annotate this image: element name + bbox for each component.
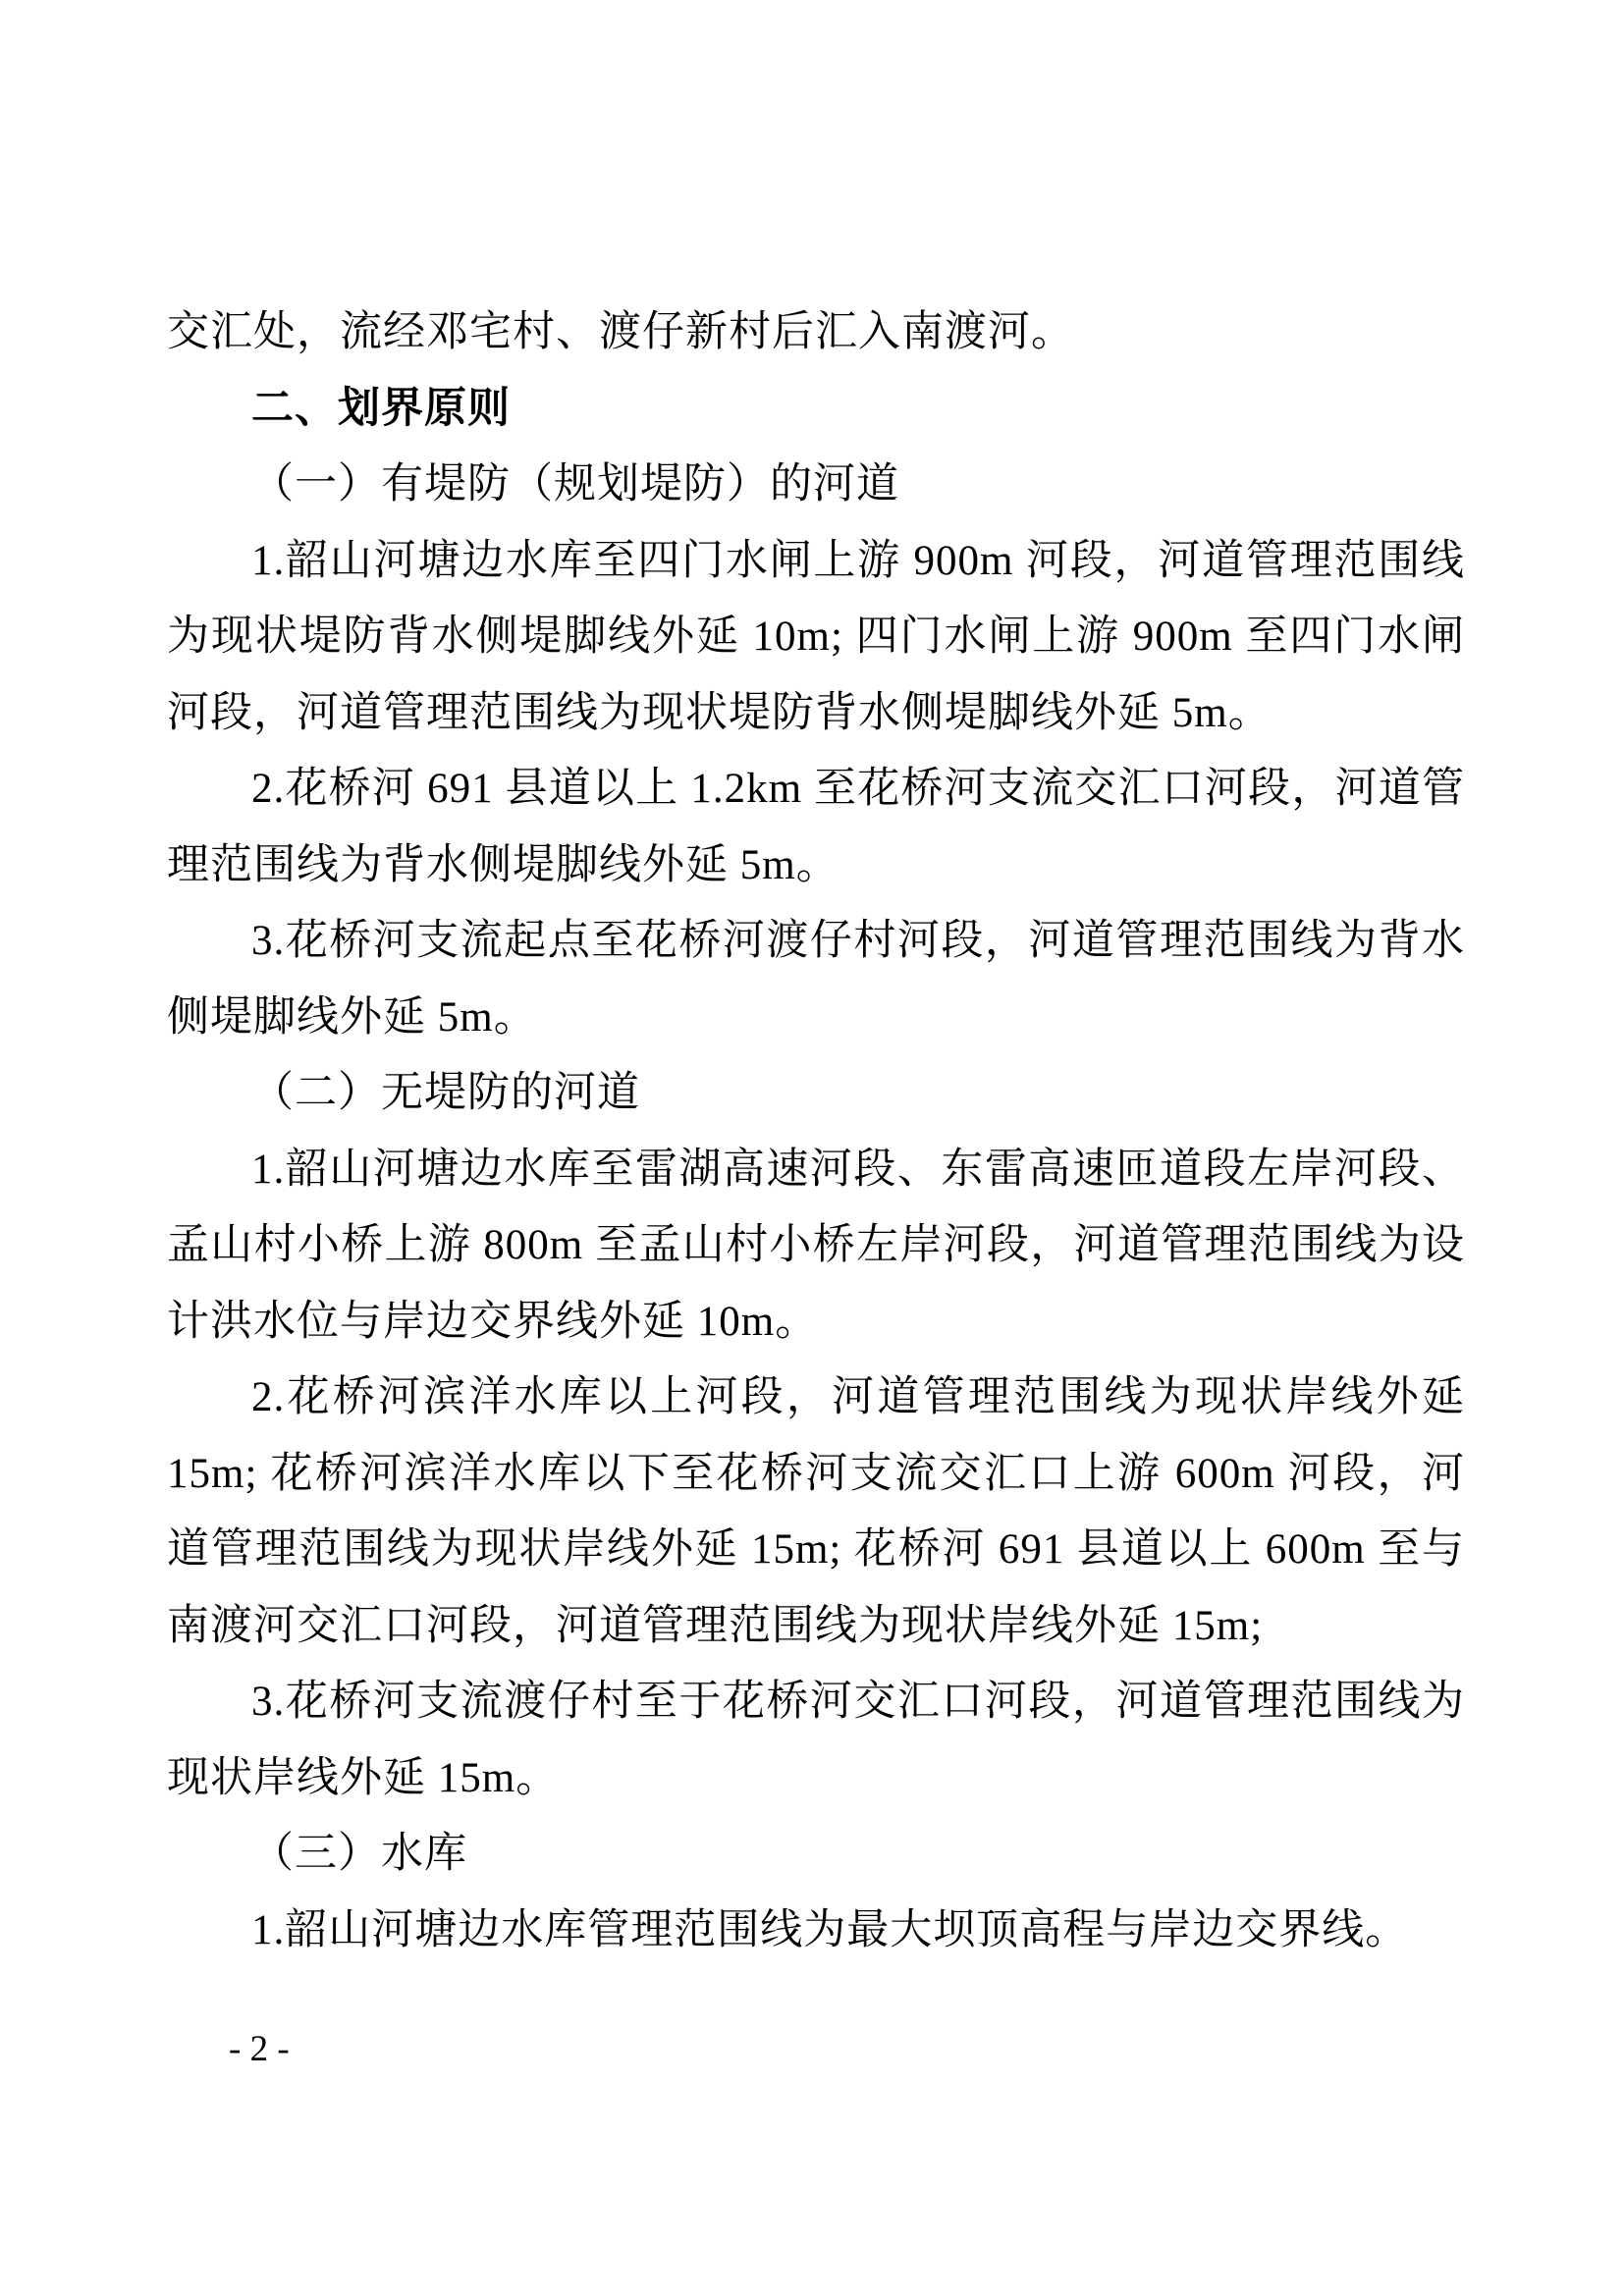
body-paragraph-2-2: 2.花桥河滨洋水库以上河段，河道管理范围线为现状岸线外延 15m; 花桥河滨洋水…	[167, 1360, 1465, 1664]
section-heading-delineation-principles: 二、划界原则	[167, 371, 1465, 448]
subsection-heading-3-reservoirs: （三）水库	[167, 1816, 1465, 1893]
body-paragraph-2-3: 3.花桥河支流渡仔村至于花桥河交汇口河段，河道管理范围线为现状岸线外延 15m。	[167, 1664, 1465, 1816]
paragraph-continuation: 交汇处，流经邓宅村、渡仔新村后汇入南渡河。	[167, 294, 1465, 371]
subsection-heading-2-undiked-rivers: （二）无堤防的河道	[167, 1055, 1465, 1132]
body-paragraph-1-2: 2.花桥河 691 县道以上 1.2km 至花桥河支流交汇口河段，河道管理范围线…	[167, 751, 1465, 903]
body-paragraph-3-1: 1.韶山河塘边水库管理范围线为最大坝顶高程与岸边交界线。	[167, 1893, 1465, 1969]
subsection-heading-1-diked-rivers: （一）有堤防（规划堤防）的河道	[167, 447, 1465, 523]
body-paragraph-1-3: 3.花桥河支流起点至花桥河渡仔村河段，河道管理范围线为背水侧堤脚线外延 5m。	[167, 903, 1465, 1055]
body-paragraph-1-1: 1.韶山河塘边水库至四门水闸上游 900m 河段，河道管理范围线为现状堤防背水侧…	[167, 523, 1465, 752]
document-body: 交汇处，流经邓宅村、渡仔新村后汇入南渡河。 二、划界原则 （一）有堤防（规划堤防…	[167, 294, 1465, 1968]
page-number: - 2 -	[229, 2028, 290, 2071]
body-paragraph-2-1: 1.韶山河塘边水库至雷湖高速河段、东雷高速匝道段左岸河段、孟山村小桥上游 800…	[167, 1132, 1465, 1361]
document-page: 交汇处，流经邓宅村、渡仔新村后汇入南渡河。 二、划界原则 （一）有堤防（规划堤防…	[0, 0, 1624, 2296]
